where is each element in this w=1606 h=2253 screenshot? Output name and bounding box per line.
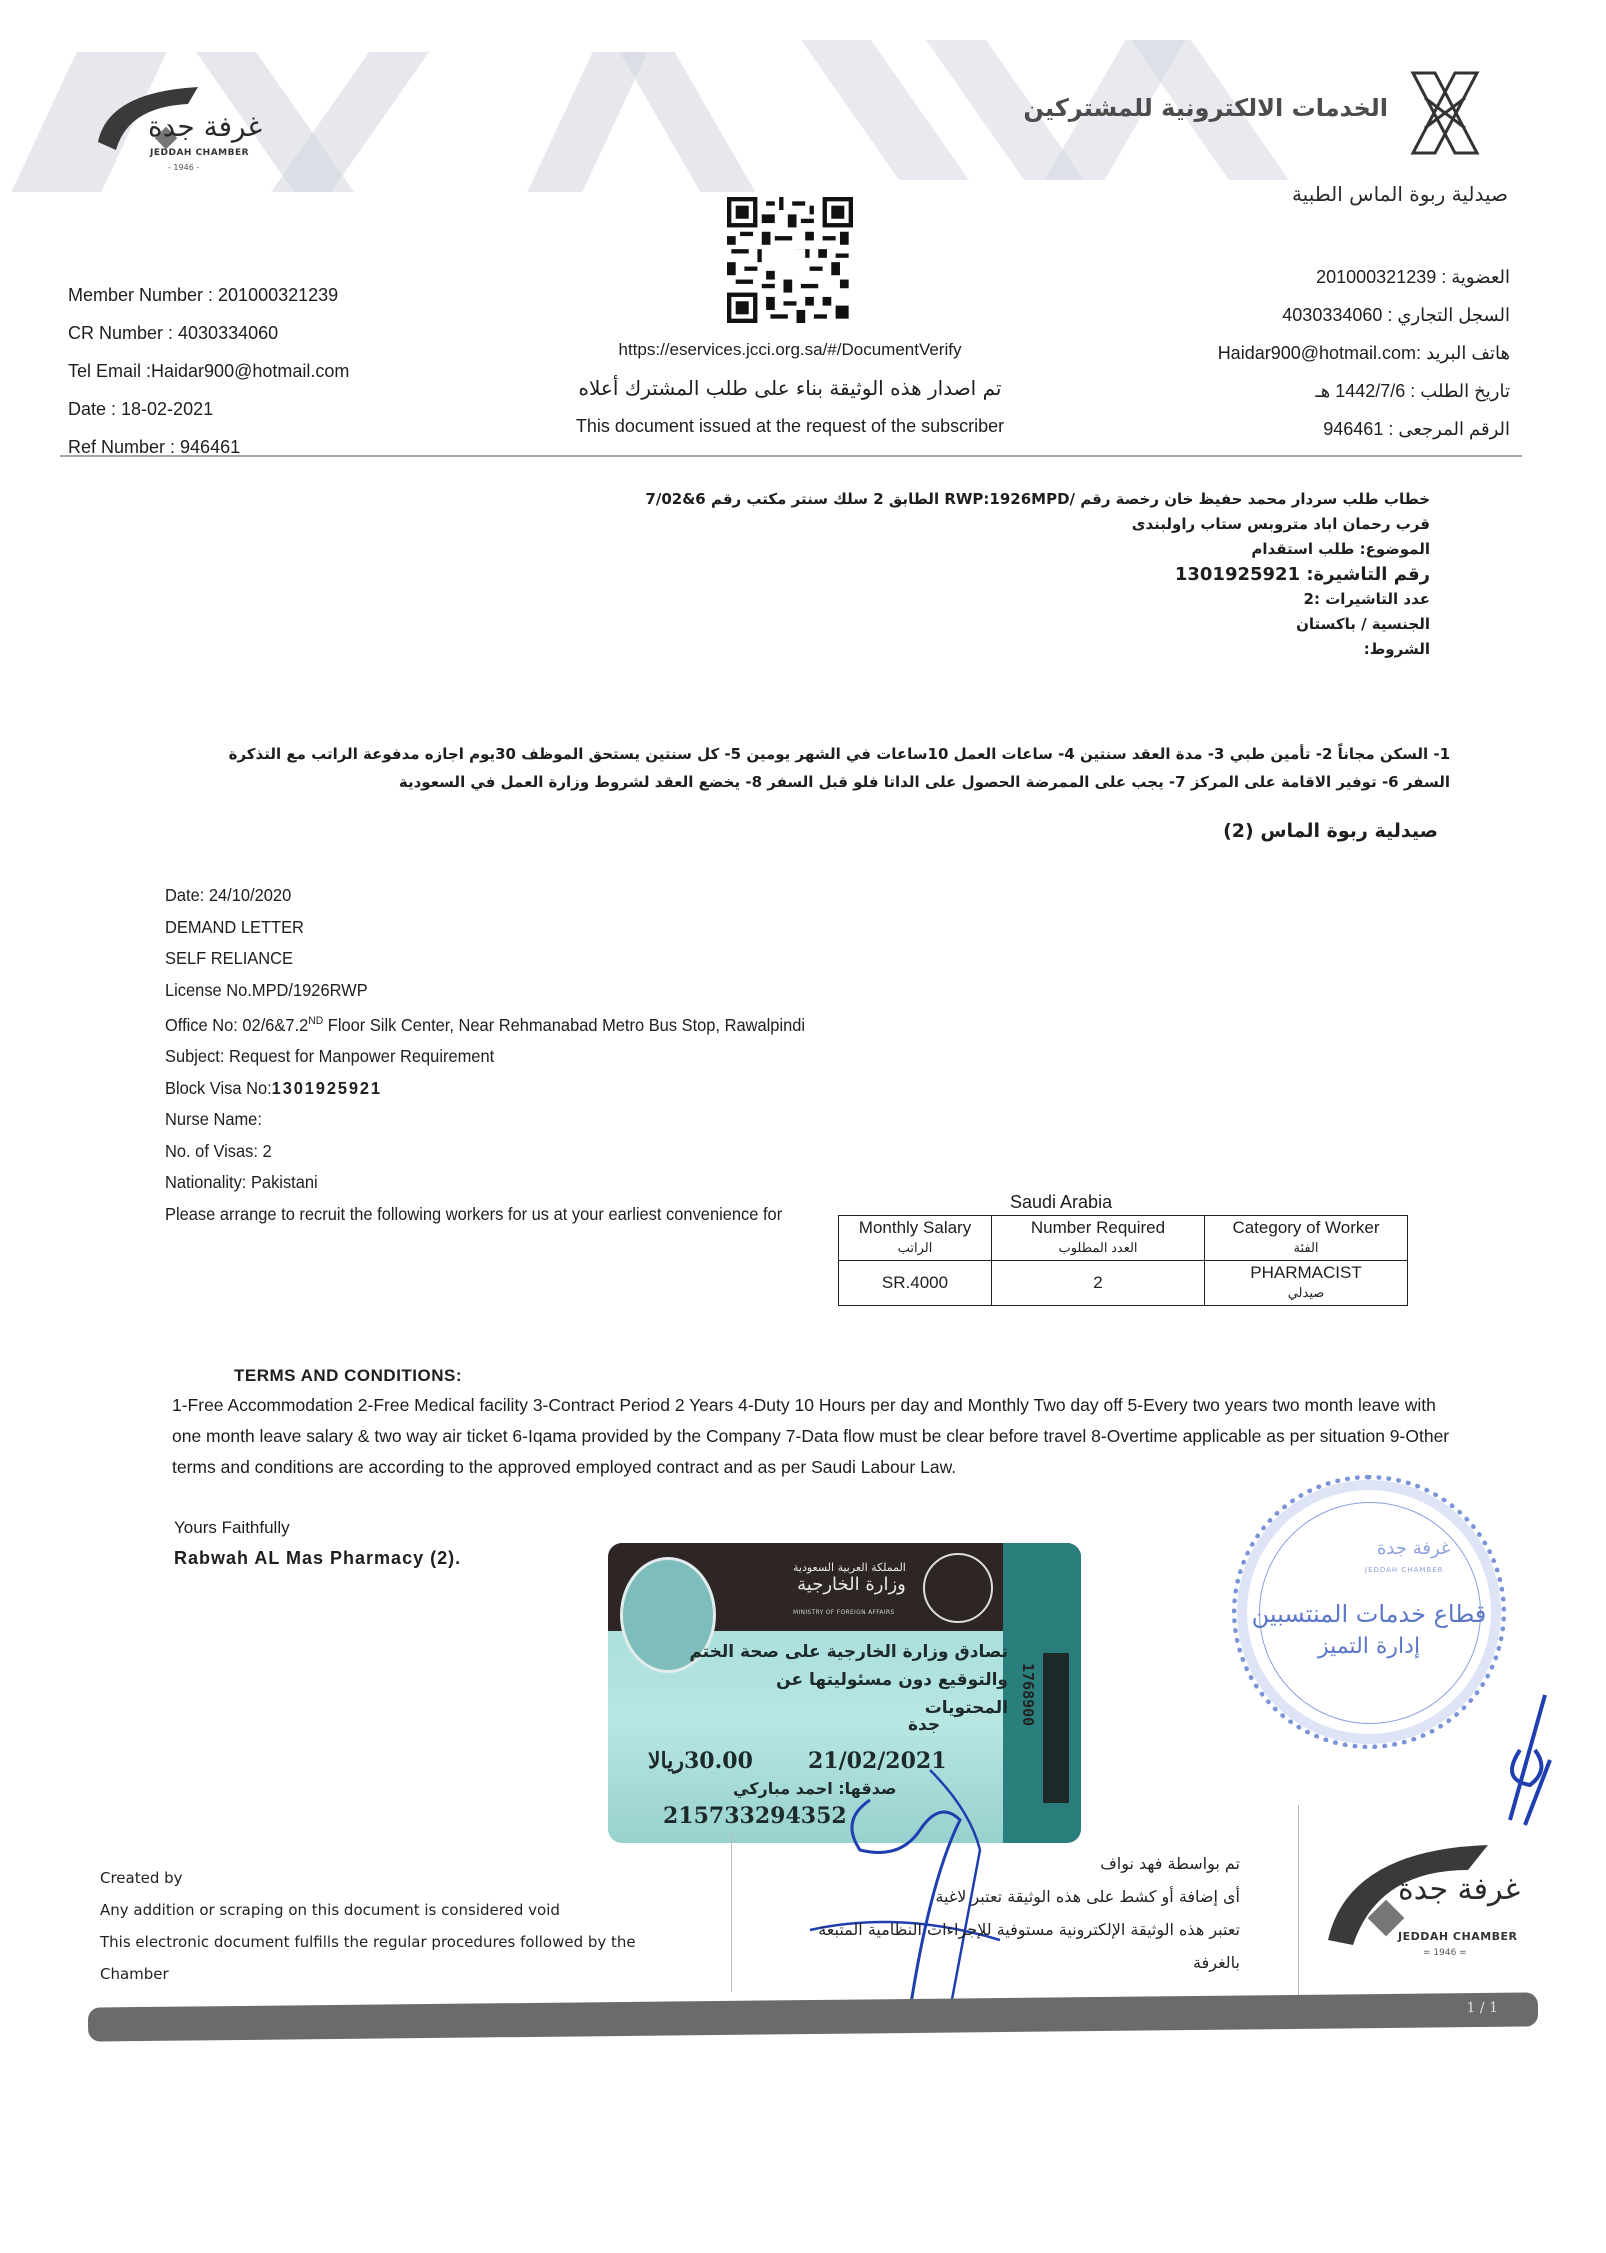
procedures-note: This electronic document fulfills the re… bbox=[100, 1926, 636, 1958]
attestation-fee: 30.00ريالا bbox=[648, 1748, 753, 1774]
chamber-round-stamp: غرفة جدة JEDDAH CHAMBER قطاع خدمات المنت… bbox=[1232, 1475, 1506, 1749]
header-number: Number Requiredالعدد المطلوب bbox=[992, 1216, 1205, 1261]
cr-number: CR Number : 4030334060 bbox=[68, 314, 349, 352]
stamp-line-2: إدارة التميز bbox=[1247, 1634, 1491, 1659]
issued-note-arabic: تم اصدار هذه الوثيقة بناء على طلب المشتر… bbox=[560, 376, 1020, 400]
footer-logo-english: JEDDAH CHAMBER bbox=[1398, 1930, 1518, 1943]
qr-code-icon[interactable] bbox=[727, 197, 853, 323]
logo-year: - 1946 - bbox=[168, 163, 199, 172]
recruit-request: Please arrange to recruit the following … bbox=[165, 1199, 805, 1231]
footer-divider bbox=[1298, 1805, 1299, 1995]
terms-heading: TERMS AND CONDITIONS: bbox=[234, 1366, 462, 1386]
arabic-line: خطاب طلب سردار محمد حفيظ خان رخصة رقم /R… bbox=[330, 487, 1430, 512]
void-note: Any addition or scraping on this documen… bbox=[100, 1894, 636, 1926]
eservices-title: الخدمات الالكترونية للمشتركين bbox=[1023, 94, 1388, 122]
header-salary: Monthly Salaryالراتب bbox=[839, 1216, 992, 1261]
procedures-note-ar-cont: بالغرفة bbox=[640, 1946, 1240, 1979]
cell-salary: SR.4000 bbox=[839, 1261, 992, 1306]
request-date: Date : 18-02-2021 bbox=[68, 390, 349, 428]
logo-arabic: غرفة جدة bbox=[148, 110, 262, 143]
agency-name: SELF RELIANCE bbox=[165, 943, 805, 975]
tel-email-ar: هاتف البريد :Haidar900@hotmail.com bbox=[1218, 334, 1510, 372]
arabic-line: الموضوع: طلب استقدام bbox=[330, 537, 1430, 562]
arabic-signature: صيدلية ربوة الماس (2) bbox=[1223, 820, 1438, 842]
arabic-nationality: الجنسية / باكستان bbox=[330, 612, 1430, 637]
footer-logo-arabic: غرفة جدة bbox=[1398, 1872, 1520, 1907]
logo-english: JEDDAH CHAMBER bbox=[150, 148, 249, 158]
procedures-note-cont: Chamber bbox=[100, 1958, 636, 1990]
issued-note-english: This document issued at the request of t… bbox=[540, 416, 1040, 437]
table-row: SR.4000 2 PHARMACISTصيدلي bbox=[839, 1261, 1408, 1306]
footer-notes-english: Created by Any addition or scraping on t… bbox=[100, 1862, 636, 1990]
stamp-logo-english: JEDDAH CHAMBER bbox=[1365, 1566, 1444, 1574]
created-by: Created by bbox=[100, 1862, 636, 1894]
license-number: License No.MPD/1926RWP bbox=[165, 975, 805, 1007]
arabic-conditions: 1- السكن مجاناً 2- تأمين طبي 3- مدة العق… bbox=[185, 740, 1450, 796]
member-info-arabic: العضوية : 201000321239 السجل التجاري : 4… bbox=[1218, 258, 1510, 448]
eservices-x-icon bbox=[1405, 68, 1485, 158]
nurse-name: Nurse Name: bbox=[165, 1104, 805, 1136]
arabic-visa-no: رقم التاشيرة: 1301925921 bbox=[330, 562, 1430, 587]
request-date-ar: تاريخ الطلب : 1442/7/6 هـ bbox=[1218, 372, 1510, 410]
footer-notes-arabic: تم بواسطة فهد نواف أى إضافة أو كشط على ه… bbox=[640, 1847, 1240, 1979]
block-visa: Block Visa No:1301925921 bbox=[165, 1073, 805, 1105]
header-category: Category of Workerالفئة bbox=[1205, 1216, 1408, 1261]
stamp-logo-arabic: غرفة جدة bbox=[1377, 1538, 1450, 1559]
verify-url[interactable]: https://eservices.jcci.org.sa/#/Document… bbox=[580, 340, 1000, 360]
destination-country: Saudi Arabia bbox=[1010, 1192, 1112, 1213]
footer-logo-year: = 1946 = bbox=[1423, 1948, 1467, 1958]
cell-category: PHARMACISTصيدلي bbox=[1205, 1261, 1408, 1306]
nationality: Nationality: Pakistani bbox=[165, 1167, 805, 1199]
header-divider bbox=[60, 455, 1522, 457]
signature-mark-icon bbox=[1490, 1690, 1560, 1830]
page-footer-bar: 1 / 1 bbox=[88, 1992, 1538, 2041]
serial-number: 1768900 bbox=[1019, 1663, 1037, 1726]
cell-number: 2 bbox=[992, 1261, 1205, 1306]
signatory: Rabwah AL Mas Pharmacy (2). bbox=[174, 1548, 461, 1569]
visa-count: No. of Visas: 2 bbox=[165, 1136, 805, 1168]
stamp-line-1: قطاع خدمات المنتسبين bbox=[1247, 1600, 1491, 1628]
attestation-statement: تصادق وزارة الخارجية على صحة الختم والتو… bbox=[688, 1638, 1008, 1722]
subscriber-name-arabic: صيدلية ربوة الماس الطبية bbox=[1292, 182, 1508, 206]
footer-chamber-logo: غرفة جدة JEDDAH CHAMBER = 1946 = bbox=[1318, 1830, 1538, 1990]
member-info-english: Member Number : 201000321239 CR Number :… bbox=[68, 276, 349, 466]
ministry-english: MINISTRY OF FOREIGN AFFAIRS bbox=[793, 1609, 894, 1616]
arabic-letter: خطاب طلب سردار محمد حفيظ خان رخصة رقم /R… bbox=[330, 487, 1430, 662]
procedures-note-ar: تعتبر هذه الوثيقة الإلكترونية مستوفية لل… bbox=[640, 1913, 1240, 1946]
tel-email: Tel Email :Haidar900@hotmail.com bbox=[68, 352, 349, 390]
table-header-row: Monthly Salaryالراتب Number Requiredالعد… bbox=[839, 1216, 1408, 1261]
office-address: Office No: 02/6&7.2ND Floor Silk Center,… bbox=[165, 1006, 805, 1041]
terms-text: 1-Free Accommodation 2-Free Medical faci… bbox=[172, 1390, 1462, 1483]
letter-title: DEMAND LETTER bbox=[165, 912, 805, 944]
attestation-city: جدة bbox=[908, 1715, 940, 1735]
created-by-ar: تم بواسطة فهد نواف bbox=[640, 1847, 1240, 1880]
arabic-conditions-label: الشروط: bbox=[330, 637, 1430, 662]
void-note-ar: أى إضافة أو كشط على هذه الوثيقة تعتبر لا… bbox=[640, 1880, 1240, 1913]
page-indicator: 1 / 1 bbox=[1466, 2000, 1498, 2016]
ref-number-ar: الرقم المرجعى : 946461 bbox=[1218, 410, 1510, 448]
closing: Yours Faithfully bbox=[174, 1518, 290, 1538]
ministry-arabic: المملكة العربية السعودية وزارة الخارجية bbox=[793, 1561, 906, 1595]
serial-strip bbox=[1043, 1653, 1069, 1803]
arabic-line: قرب رحمان اباد متروبس ستاب راولبندى bbox=[330, 512, 1430, 537]
subject: Subject: Request for Manpower Requiremen… bbox=[165, 1041, 805, 1073]
letter-date: Date: 24/10/2020 bbox=[165, 880, 805, 912]
arabic-visa-count: عدد التاشيرات :2 bbox=[330, 587, 1430, 612]
ref-number: Ref Number : 946461 bbox=[68, 428, 349, 466]
member-number: Member Number : 201000321239 bbox=[68, 276, 349, 314]
english-letter: Date: 24/10/2020 DEMAND LETTER SELF RELI… bbox=[165, 880, 805, 1230]
workers-table: Monthly Salaryالراتب Number Requiredالعد… bbox=[838, 1215, 1408, 1306]
cr-number-ar: السجل التجاري : 4030334060 bbox=[1218, 296, 1510, 334]
member-number-ar: العضوية : 201000321239 bbox=[1218, 258, 1510, 296]
saudi-emblem-icon bbox=[923, 1553, 993, 1623]
